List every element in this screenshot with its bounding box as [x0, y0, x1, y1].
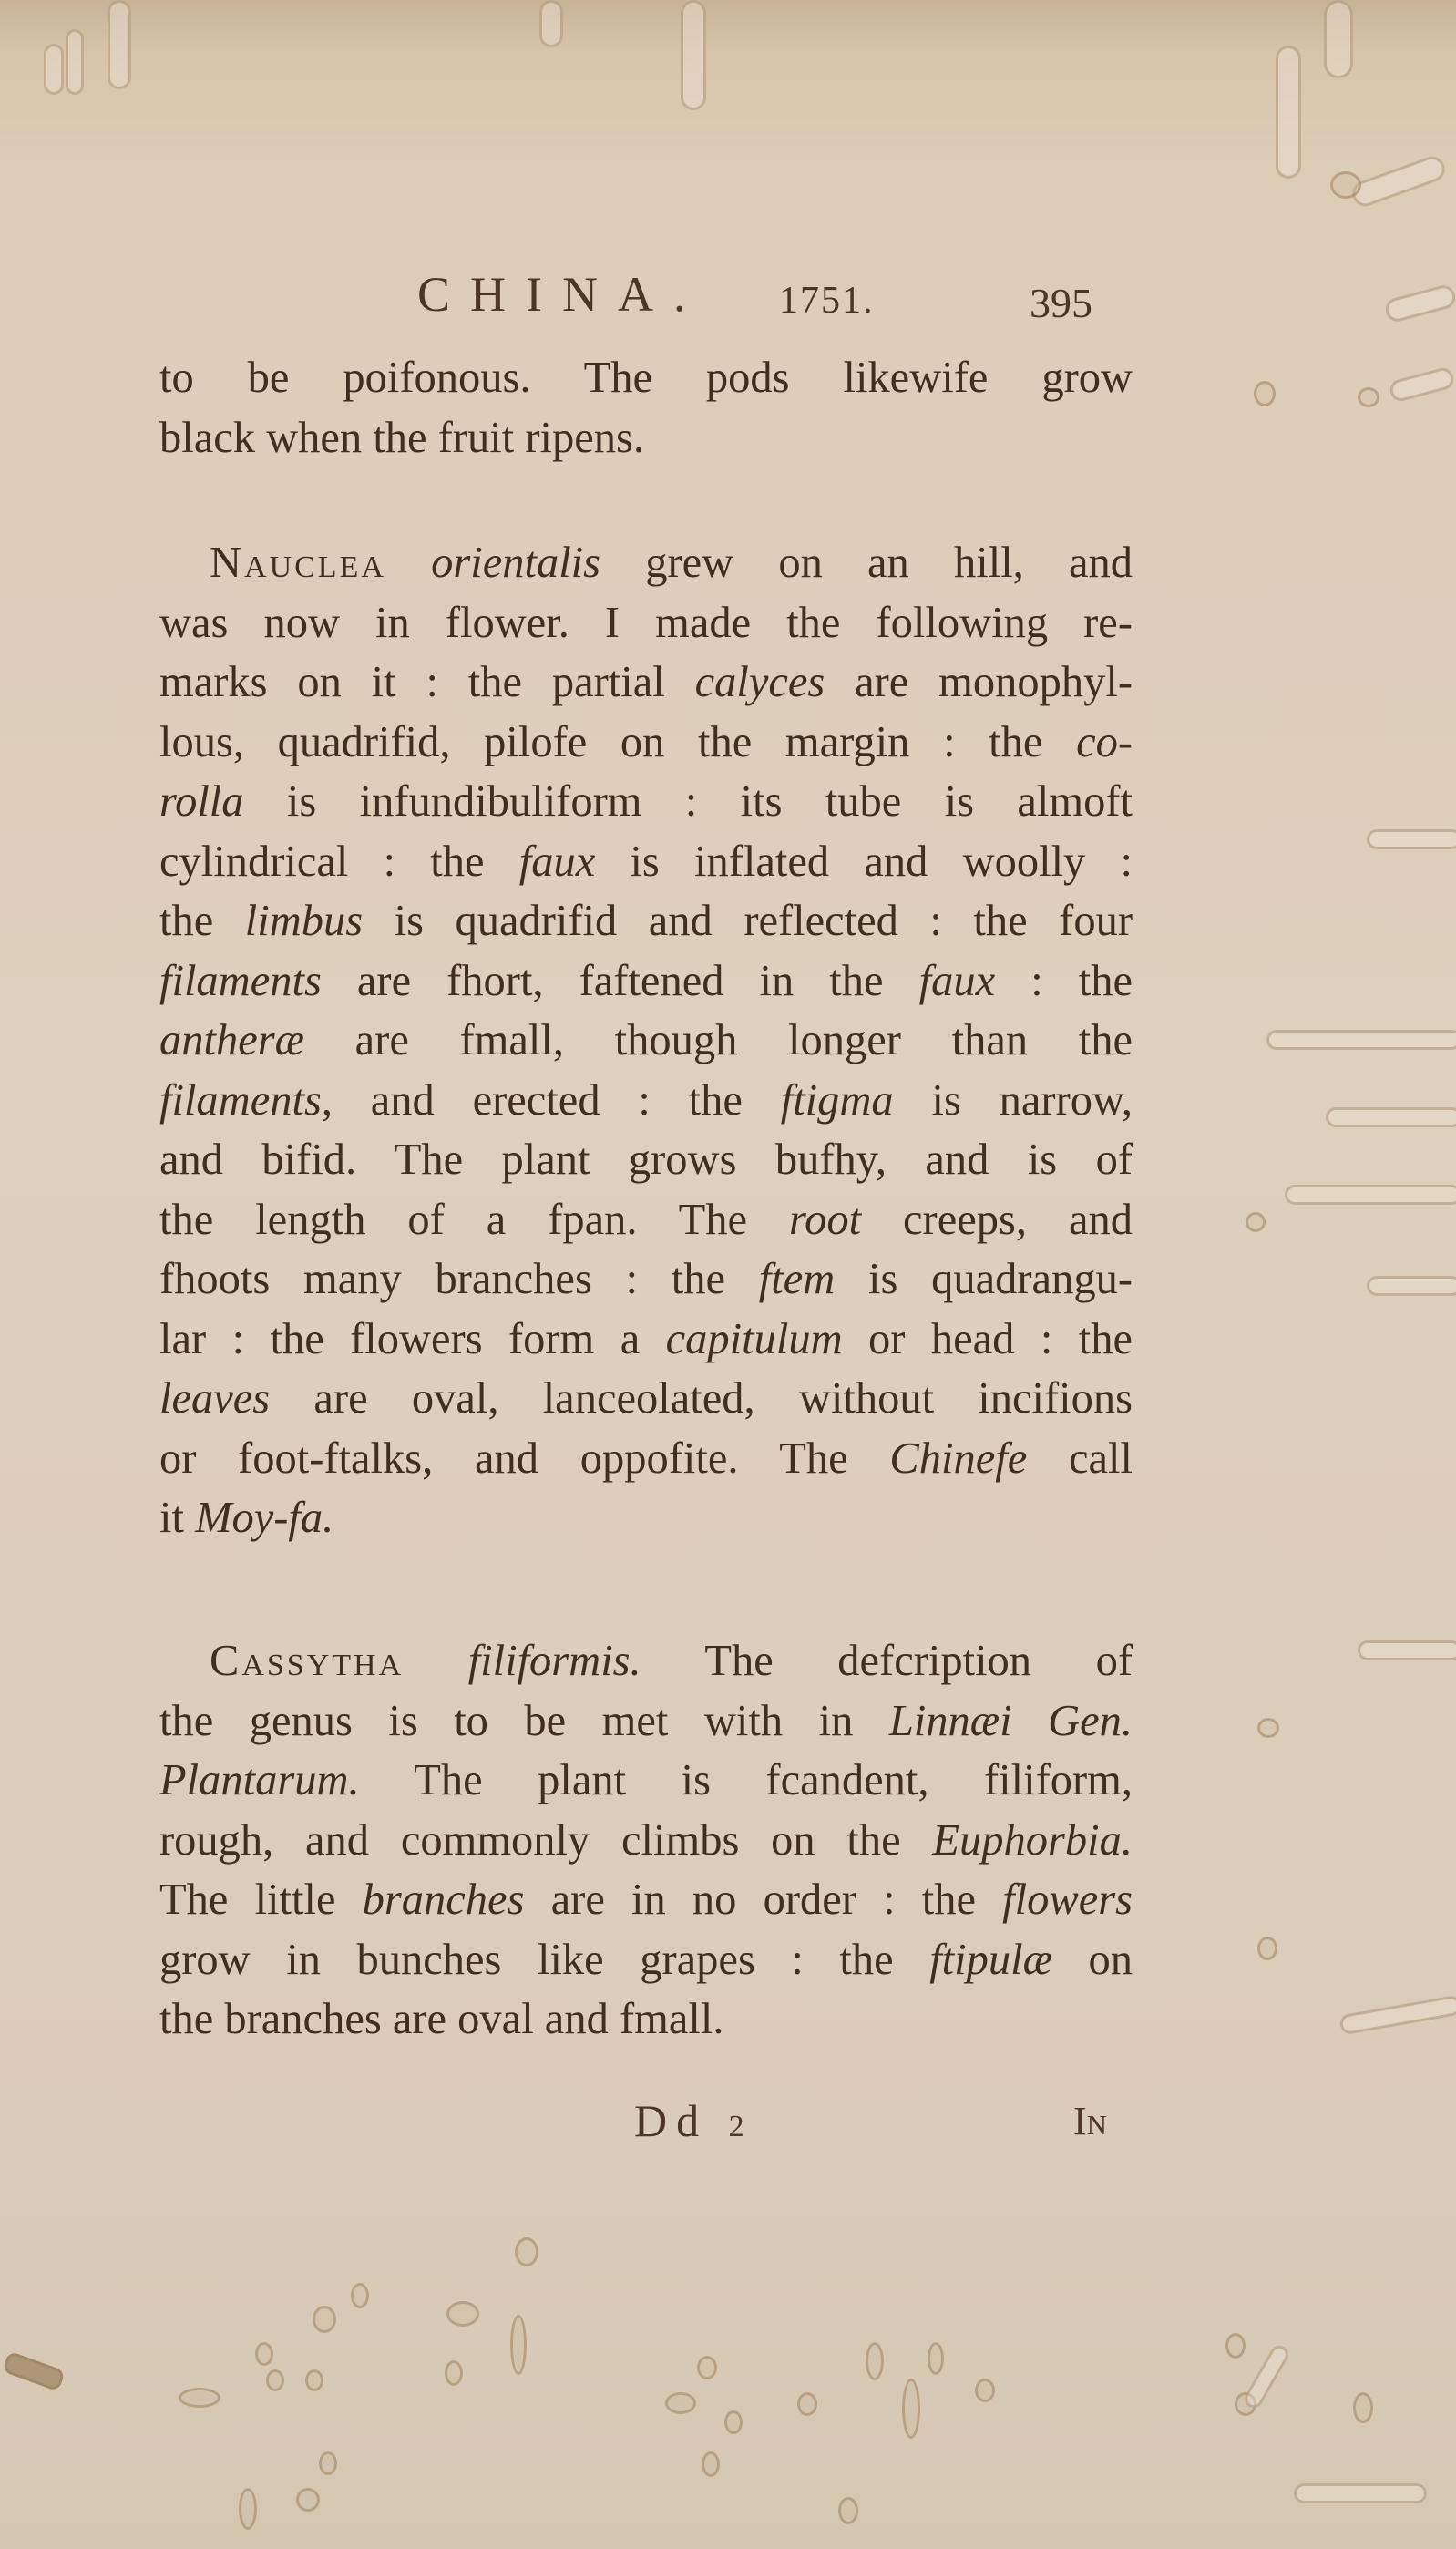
- text-line: lous, quadrifid, pilofe on the margin : …: [159, 713, 1133, 773]
- running-head-title: CHINA.: [417, 266, 706, 323]
- stain-decoration: [2, 2350, 66, 2391]
- text-line: Plantarum. The plant is fcandent, filifo…: [159, 1751, 1133, 1811]
- stain-decoration: [1276, 46, 1301, 179]
- stain-decoration: [515, 2237, 538, 2266]
- text-line: black when the fruit ripens.: [159, 408, 1133, 468]
- stain-decoration: [1294, 2483, 1427, 2503]
- stain-decoration: [1353, 2392, 1373, 2423]
- stain-decoration: [1358, 1640, 1456, 1660]
- text-line: the branches are oval and fmall.: [159, 1989, 1133, 2050]
- text-line: marks on it : the partial calyces are mo…: [159, 653, 1133, 713]
- species-name: orientalis: [431, 539, 600, 587]
- running-header: CHINA. 1751. 395: [0, 266, 1456, 330]
- text-line: was now in flower. I made the following …: [159, 593, 1133, 653]
- stain-decoration: [1326, 1107, 1456, 1127]
- stain-decoration: [108, 0, 131, 89]
- stain-decoration: [975, 2379, 995, 2402]
- stain-decoration: [1358, 387, 1379, 407]
- page-number: 395: [1030, 279, 1092, 327]
- running-head-year: 1751.: [779, 279, 875, 323]
- text-line: lar : the flowers form a capitulum or he…: [159, 1310, 1133, 1370]
- stain-decoration: [1348, 153, 1448, 211]
- stain-decoration: [1324, 0, 1353, 78]
- text-line: the limbus is quadrifid and reflected : …: [159, 891, 1133, 951]
- text-line: or foot-ftalks, and oppofite. The Chinef…: [159, 1429, 1133, 1489]
- stain-decoration: [266, 2369, 284, 2391]
- stain-decoration: [296, 2488, 320, 2512]
- genus-name: Nauclea: [210, 539, 386, 587]
- stain-decoration: [1367, 1276, 1456, 1296]
- stain-decoration: [724, 2410, 743, 2434]
- stain-decoration: [866, 2342, 884, 2380]
- stain-decoration: [665, 2392, 696, 2414]
- stain-decoration: [313, 2306, 336, 2333]
- stain-decoration: [319, 2451, 337, 2475]
- stain-decoration: [179, 2388, 220, 2408]
- book-page: CHINA. 1751. 395 to be poifonous. The po…: [0, 0, 1456, 2549]
- stain-decoration: [1338, 1995, 1456, 2036]
- stain-decoration: [255, 2342, 273, 2366]
- text-line: rolla is infundibuliform : its tube is a…: [159, 772, 1133, 832]
- stain-decoration: [797, 2392, 817, 2416]
- stain-decoration: [1266, 1030, 1456, 1050]
- stain-decoration: [1330, 171, 1361, 199]
- text-line: cylindrical : the faux is inflated and w…: [159, 832, 1133, 892]
- stain-decoration: [681, 0, 706, 110]
- text-line: and bifid. The plant grows bufhy, and is…: [159, 1130, 1133, 1190]
- text-line: filaments, and erected : the ftigma is n…: [159, 1071, 1133, 1131]
- stain-decoration: [702, 2451, 720, 2477]
- genus-name: Cassytha: [210, 1637, 404, 1685]
- text-line: leaves are oval, lanceolated, without in…: [159, 1369, 1133, 1429]
- text-line: rough, and commonly climbs on the Euphor…: [159, 1811, 1133, 1871]
- stain-decoration: [351, 2283, 369, 2308]
- text-line: Nauclea orientalis grew on an hill, and: [159, 533, 1133, 593]
- stain-decoration: [305, 2369, 323, 2391]
- signature-mark: Dd 2: [634, 2094, 754, 2147]
- text-line: grow in bunches like grapes : the ftipul…: [159, 1930, 1133, 1990]
- text-line: to be poifonous. The pods likewife grow: [159, 348, 1133, 408]
- text-line: the genus is to be met with in Linnæi Ge…: [159, 1691, 1133, 1752]
- catchword: In: [1073, 2098, 1107, 2144]
- stain-decoration: [44, 44, 64, 95]
- stain-decoration: [445, 2360, 463, 2386]
- stain-decoration: [510, 2315, 527, 2375]
- stain-decoration: [1246, 1212, 1266, 1232]
- stain-decoration: [902, 2379, 920, 2439]
- stain-decoration: [1241, 2342, 1291, 2411]
- stain-decoration: [1388, 365, 1456, 404]
- text-line: antheræ are fmall, though longer than th…: [159, 1011, 1133, 1071]
- text-line: fhoots many branches : the ftem is quadr…: [159, 1249, 1133, 1310]
- stain-decoration: [66, 29, 84, 95]
- stain-decoration: [1254, 381, 1276, 406]
- text-line: Cassytha filiformis. The defcription of: [159, 1631, 1133, 1691]
- stain-decoration: [539, 0, 563, 47]
- stain-decoration: [1225, 2333, 1246, 2359]
- text-line: filaments are fhort, faftened in the fau…: [159, 951, 1133, 1012]
- text-line: The little branches are in no order : th…: [159, 1870, 1133, 1930]
- stain-decoration: [1367, 829, 1456, 849]
- paragraph-cassytha: Cassytha filiformis. The defcription of …: [159, 1631, 1133, 2050]
- stain-decoration: [697, 2356, 717, 2379]
- stain-decoration: [239, 2488, 257, 2530]
- stain-decoration: [838, 2497, 858, 2524]
- stain-decoration: [1285, 1185, 1456, 1205]
- stain-decoration: [928, 2342, 944, 2375]
- paragraph-continuation: to be poifonous. The pods likewife grow …: [159, 348, 1133, 468]
- species-name: filiformis.: [468, 1637, 641, 1685]
- stain-decoration: [446, 2301, 479, 2327]
- text-line: it Moy-fa.: [159, 1488, 1133, 1548]
- page-footer: Dd 2 In: [0, 2094, 1456, 2149]
- stain-decoration: [1257, 1718, 1279, 1738]
- text-line: the length of a fpan. The root creeps, a…: [159, 1190, 1133, 1250]
- paragraph-nauclea: Nauclea orientalis grew on an hill, and …: [159, 533, 1133, 1548]
- stain-decoration: [1257, 1937, 1277, 1960]
